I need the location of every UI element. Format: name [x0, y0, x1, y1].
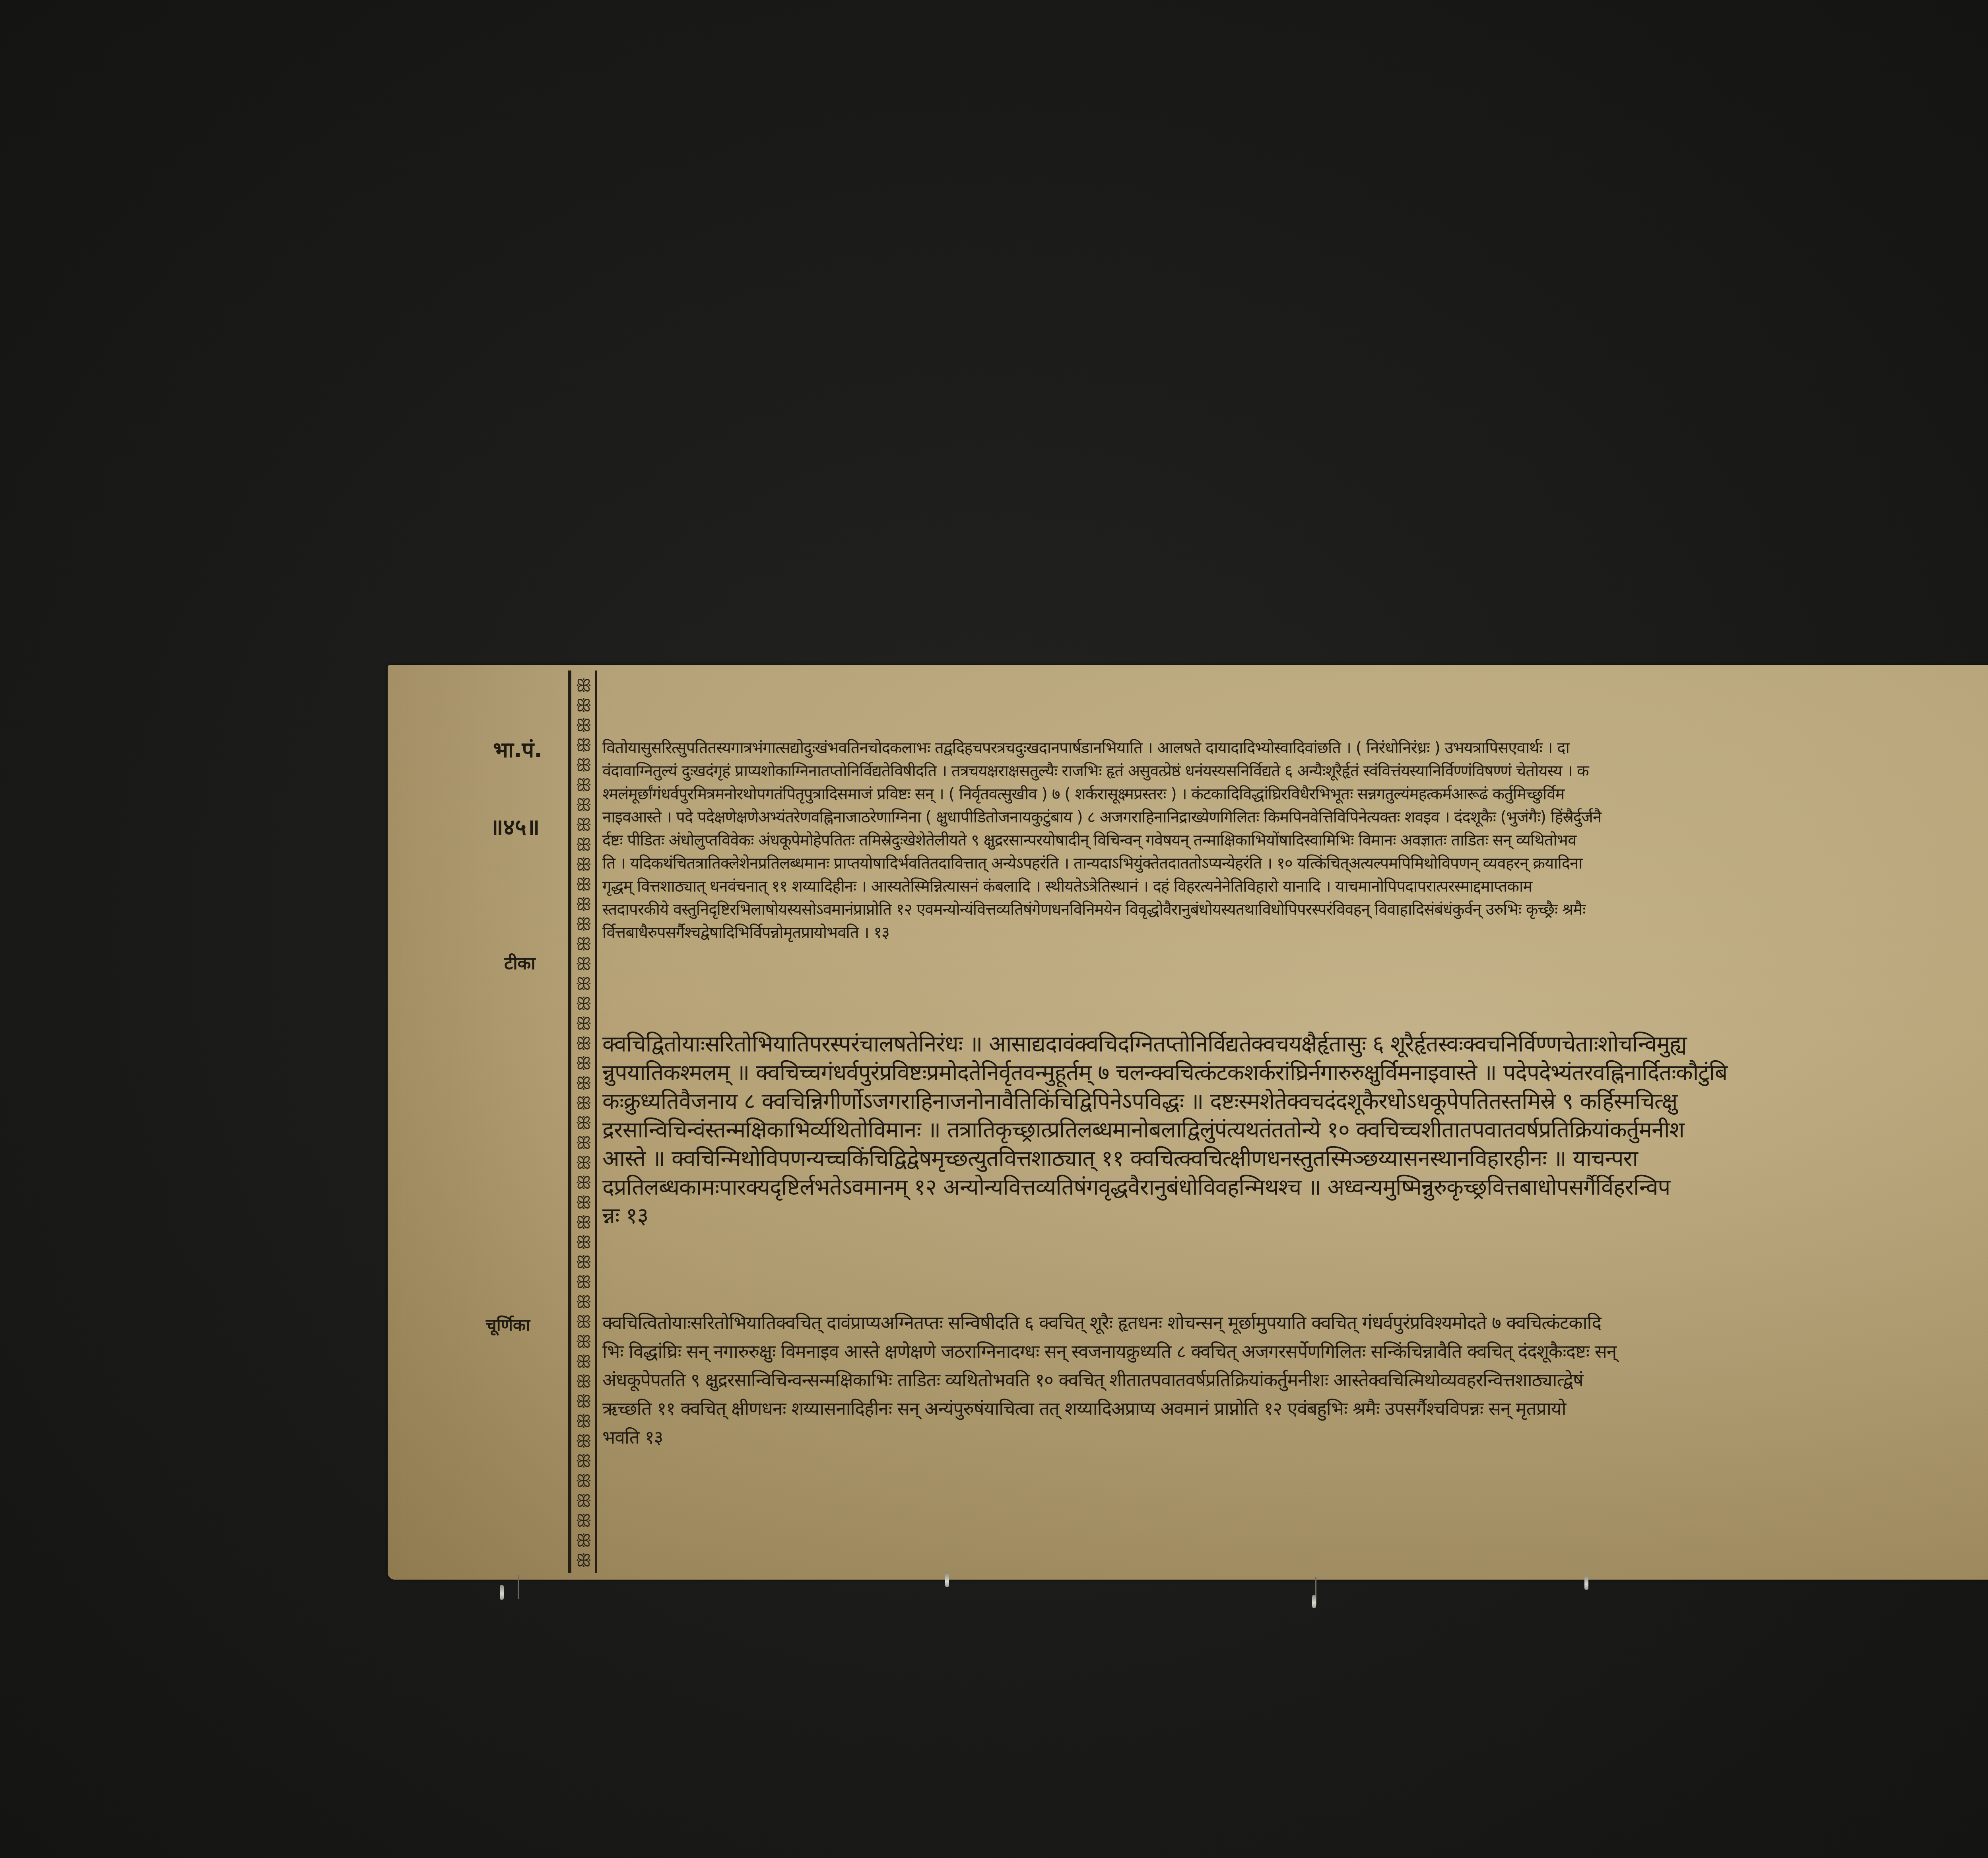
commentary-line: श्मलंमूर्छांगंधर्वपुरमित्रमनोरथोपगतंपितृ… — [602, 783, 1988, 806]
commentary-line: वितोयासुसरित्सुपतितस्यगात्रभंगात्सद्योदु… — [602, 737, 1988, 760]
commentary-line: वंदावाग्नितुल्यं दुःखदंगृहं प्राप्यशोकाग… — [602, 760, 1988, 783]
pin-shaft — [518, 1575, 519, 1599]
verse-line: न्नः १३ — [602, 1202, 1988, 1230]
left-header-label: भा.पं. — [493, 734, 542, 764]
commentary-section-label: टीका — [504, 950, 536, 974]
churnika-line: क्वचित्वितोयाःसरितोभियातिक्वचित् दावंप्र… — [602, 1308, 1988, 1337]
verse-line: कःक्रुध्यतिवैजनाय ८ क्वचिन्निगीर्णोऽजगरा… — [602, 1087, 1988, 1116]
left-border-inner-rule — [595, 671, 597, 1573]
pin-head — [1584, 1576, 1588, 1590]
churnika-line: ऋच्छति ११ क्वचित् क्षीणधनः शय्यासनादिहीन… — [602, 1394, 1988, 1423]
verse-line: क्वचिद्वितोयाःसरितोभियातिपरस्परंचालषतेनि… — [602, 1030, 1988, 1059]
commentary-line: ति । यदिकथंचितत्रातिक्लेशेनप्रतिलब्धमानः… — [602, 852, 1988, 875]
pin-head — [945, 1573, 949, 1587]
commentary-line: र्दष्टः पीडितः अंधोलुप्तविवेकः अंधकूपेमो… — [602, 829, 1988, 852]
churnika-line: अंधकूपेपतति ९ क्षुद्ररसान्विचिन्वन्सन्मक… — [602, 1366, 1988, 1394]
commentary-line: नाइवआस्ते । पदे पदेक्षणेक्षणेअभ्यंतरेणवह… — [602, 806, 1988, 829]
churnika-line: भवति १३ — [602, 1423, 1988, 1452]
churnika-line: भिः विद्धांघ्रिः सन् नगारुरुक्षुः विमनाइ… — [602, 1337, 1988, 1366]
commentary-line: स्तदापरकीये वस्तुनिदृष्टिरभिलाषोयस्यसोऽव… — [602, 898, 1988, 921]
verse-line: द्ररसान्विचिन्वंस्तन्मक्षिकाभिर्व्यथितोव… — [602, 1116, 1988, 1145]
churnika-section-label: चूर्णिका — [486, 1313, 530, 1336]
left-border-outer-rule — [568, 671, 571, 1573]
left-border-ornament: ꕥꕥꕥꕥꕥꕥꕥꕥꕥꕥꕥꕥꕥꕥꕥꕥꕥꕥꕥꕥꕥꕥꕥꕥꕥꕥꕥꕥꕥꕥꕥꕥꕥꕥꕥꕥꕥꕥꕥꕥ… — [573, 676, 595, 1571]
verse-line: दप्रतिलब्धकामःपारक्यदृष्टिर्लभतेऽवमानम् … — [602, 1173, 1988, 1202]
commentary-line: र्वित्तबाधैरुपसर्गैश्चद्वेषादिभिर्विपन्न… — [602, 921, 1988, 944]
pin-head — [1312, 1595, 1316, 1608]
verse-line: न्नुपयातिकश्मलम् ॥ क्वचिच्चगंधर्वपुरंप्र… — [602, 1059, 1988, 1087]
verse-line: आस्ते ॥ क्वचिन्मिथोविपणन्यच्चकिंचिद्विद्… — [602, 1145, 1988, 1173]
ornament-strip-text: ꕥꕥꕥꕥꕥꕥꕥꕥꕥꕥꕥꕥꕥꕥꕥꕥꕥꕥꕥꕥꕥꕥꕥꕥꕥꕥꕥꕥꕥꕥꕥꕥꕥꕥꕥꕥꕥꕥꕥꕥ… — [576, 676, 592, 1571]
commentary-line: गृद्धम् वित्तशाठ्यात् धनवंचनात् ११ शय्या… — [602, 875, 1988, 898]
pin-head — [500, 1585, 504, 1600]
left-folio-number: ॥४५॥ — [490, 811, 540, 842]
